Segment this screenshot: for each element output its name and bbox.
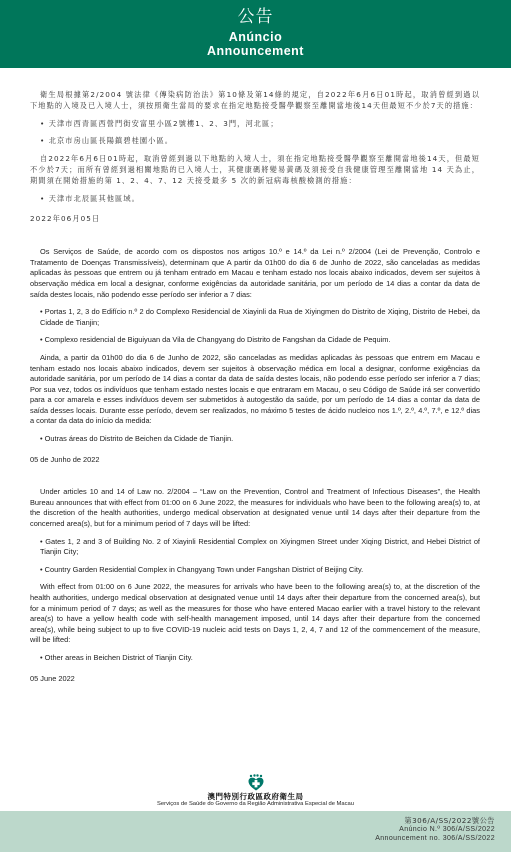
announcement-body: 衛生局根據第2/2004 號法律《傳染病防治法》第10條及第14條的規定，自20… xyxy=(30,90,480,684)
chinese-section: 衛生局根據第2/2004 號法律《傳染病防治法》第10條及第14條的規定，自20… xyxy=(30,90,480,225)
announcement-reference: 第306/A/SS/2022號公告 Anúncio N.º 306/A/SS/2… xyxy=(375,816,495,843)
portuguese-intro-paragraph: Os Serviços de Saúde, de acordo com os d… xyxy=(30,247,480,300)
english-intro-paragraph: Under articles 10 and 14 of Law no. 2/20… xyxy=(30,487,480,529)
department-name-chinese: 澳門特別行政區政府衛生局 xyxy=(0,792,511,801)
english-bullet-3: • Other areas in Beichen District of Tia… xyxy=(30,653,480,664)
health-bureau-logo-block: 澳門特別行政區政府衛生局 Serviços de Saúde do Govern… xyxy=(0,774,511,808)
portuguese-bullet-2: • Complexo residencial de Biguiyuan da V… xyxy=(30,335,480,346)
chinese-second-paragraph: 自2022年6月6日01時起，取消曾經到過以下地點的入境人士，須在指定地點接受醫… xyxy=(30,154,480,186)
english-date: 05 June 2022 xyxy=(30,674,480,685)
chinese-date: 2022年06月05日 xyxy=(30,214,480,225)
chinese-bullet-1: • 天津市西青區西營門街安富里小區2號樓1、2、3門，河北區； xyxy=(30,119,480,130)
reference-number-chinese: 第306/A/SS/2022號公告 xyxy=(375,816,495,826)
english-section: Under articles 10 and 14 of Law no. 2/20… xyxy=(30,487,480,684)
chinese-bullet-3: • 天津市北辰區其他區域。 xyxy=(30,194,480,205)
portuguese-bullet-1: • Portas 1, 2, 3 do Edifício n.º 2 do Co… xyxy=(30,307,480,328)
section-divider-space xyxy=(30,225,480,247)
english-second-paragraph: With effect from 01:00 on 6 June 2022, t… xyxy=(30,582,480,646)
chinese-intro-paragraph: 衛生局根據第2/2004 號法律《傳染病防治法》第10條及第14條的規定，自20… xyxy=(30,90,480,112)
health-bureau-heart-cross-icon xyxy=(247,774,265,791)
chinese-bullet-2: • 北京市房山區長陽鎮碧桂園小區。 xyxy=(30,136,480,147)
portuguese-date: 05 de Junho de 2022 xyxy=(30,455,480,466)
portuguese-bullet-3: • Outras áreas do Distrito de Beichen da… xyxy=(30,434,480,445)
department-name-portuguese: Serviços de Saúde do Governo da Região A… xyxy=(0,801,511,808)
section-divider-space xyxy=(30,465,480,487)
title-portuguese: Anúncio xyxy=(0,30,511,44)
title-chinese: 公告 xyxy=(0,0,511,27)
title-english: Announcement xyxy=(0,44,511,58)
portuguese-section: Os Serviços de Saúde, de acordo com os d… xyxy=(30,247,480,465)
english-bullet-1: • Gates 1, 2 and 3 of Building No. 2 of … xyxy=(30,537,480,558)
english-bullet-2: • Country Garden Residential Complex in … xyxy=(30,565,480,576)
announcement-header: 公告 Anúncio Announcement xyxy=(0,0,511,68)
reference-number-english: Announcement no. 306/A/SS/2022 xyxy=(375,835,495,844)
announcement-reference-band: 第306/A/SS/2022號公告 Anúncio N.º 306/A/SS/2… xyxy=(0,811,511,852)
portuguese-second-paragraph: Ainda, a partir da 01h00 do dia 6 de Jun… xyxy=(30,353,480,427)
reference-number-portuguese: Anúncio N.º 306/A/SS/2022 xyxy=(375,826,495,835)
